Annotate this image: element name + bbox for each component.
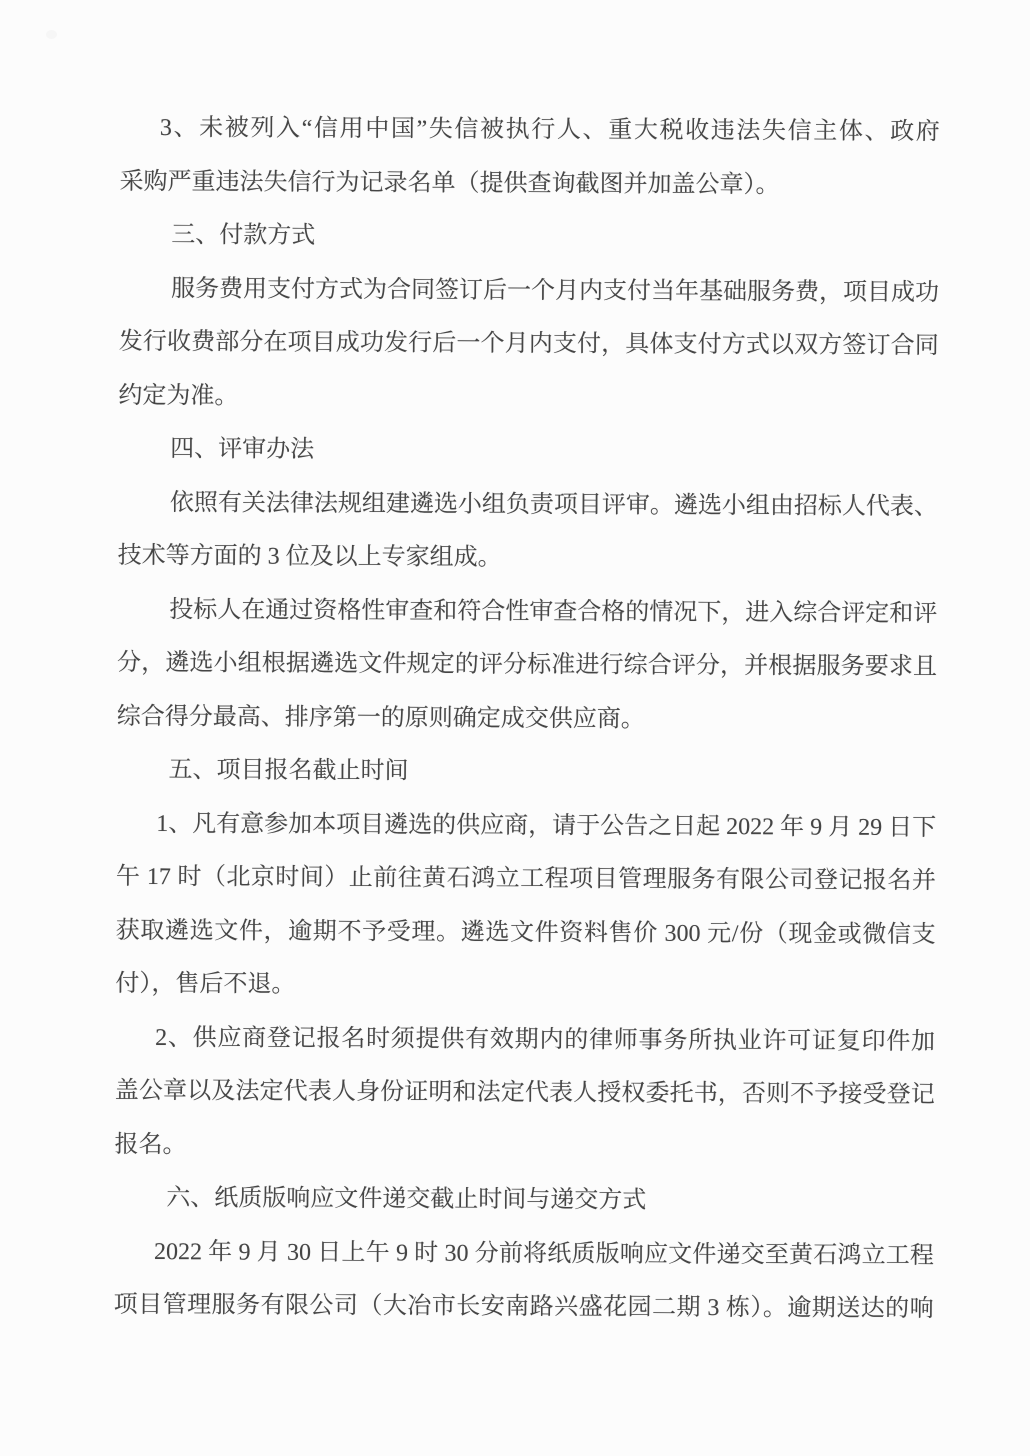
body-text-line: 报名。 bbox=[114, 1118, 934, 1176]
body-text-line: 分，遴选小组根据遴选文件规定的评分标准进行综合评分，并根据服务要求且 bbox=[117, 637, 937, 695]
scan-smudge-artifact bbox=[46, 30, 57, 39]
body-text-line: 综合得分最高、排序第一的原则确定成交供应商。 bbox=[117, 690, 937, 748]
section-heading-line: 三、付款方式 bbox=[119, 209, 939, 267]
body-text-line: 午 17 时（北京时间）止前往黄石鸿立工程项目管理服务有限公司登记报名并 bbox=[116, 851, 936, 909]
scanned-document-page: 3、未被列入“信用中国”失信被执行人、重大税收违法失信主体、政府采购严重违法失信… bbox=[0, 0, 1030, 1456]
body-text-line: 1、凡有意参加本项目遴选的供应商，请于公告之日起 2022 年 9 月 29 日… bbox=[116, 797, 936, 855]
body-text-line: 付），售后不退。 bbox=[115, 958, 935, 1016]
body-text-line: 采购严重违法失信行为记录名单（提供查询截图并加盖公章）。 bbox=[119, 155, 939, 213]
body-text-line: 约定为准。 bbox=[118, 369, 938, 427]
body-text-line: 获取遴选文件，逾期不予受理。遴选文件资料售价 300 元/份（现金或微信支 bbox=[116, 904, 936, 962]
section-heading-line: 六、纸质版响应文件递交截止时间与递交方式 bbox=[114, 1172, 934, 1230]
body-text-line: 盖公章以及法定代表人身份证明和法定代表人授权委托书，否则不予接受登记 bbox=[115, 1065, 935, 1123]
body-text-line: 3、未被列入“信用中国”失信被执行人、重大税收违法失信主体、政府 bbox=[120, 102, 940, 160]
body-text-line: 2、供应商登记报名时须提供有效期内的律师事务所执业许可证复印件加 bbox=[115, 1011, 935, 1069]
body-text-line: 2022 年 9 月 30 日上午 9 时 30 分前将纸质版响应文件递交至黄石… bbox=[114, 1225, 934, 1283]
body-text-line: 发行收费部分在项目成功发行后一个月内支付，具体支付方式以双方签订合同 bbox=[119, 316, 939, 374]
section-heading-line: 五、项目报名截止时间 bbox=[116, 744, 936, 802]
body-text-line: 技术等方面的 3 位及以上专家组成。 bbox=[117, 530, 937, 588]
document-body: 3、未被列入“信用中国”失信被执行人、重大税收违法失信主体、政府采购严重违法失信… bbox=[114, 102, 940, 1337]
body-text-line: 服务费用支付方式为合同签订后一个月内支付当年基础服务费，项目成功 bbox=[119, 262, 939, 320]
section-heading-line: 四、评审办法 bbox=[118, 423, 938, 481]
body-text-line: 依照有关法律法规组建遴选小组负责项目评审。遴选小组由招标人代表、 bbox=[118, 476, 938, 534]
body-text-line: 投标人在通过资格性审查和符合性审查合格的情况下，进入综合评定和评 bbox=[117, 583, 937, 641]
body-text-line: 项目管理服务有限公司（大冶市长安南路兴盛花园二期 3 栋）。逾期送达的响 bbox=[114, 1279, 934, 1337]
